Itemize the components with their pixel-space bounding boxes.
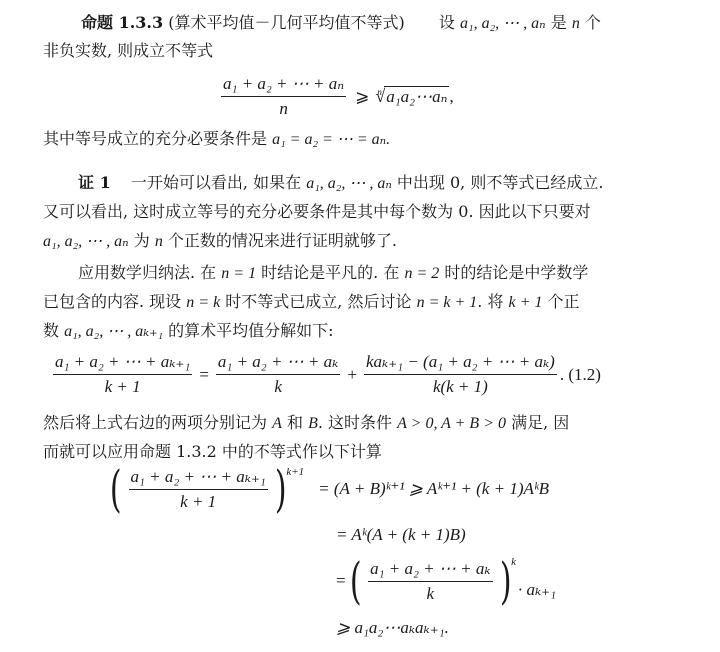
- eq12-term-b: kaₖ₊₁ − (a₁ + a₂ + ⋯ + aₖ) k(k + 1): [364, 352, 557, 397]
- calc-line-4: ⩾ a₁a₂⋯aₖaₖ₊₁.: [336, 618, 449, 638]
- calc-l2: = Aᵏ(A + (k + 1)B): [336, 525, 466, 545]
- eq12-term-a-numerator: a₁ + a₂ + ⋯ + aₖ: [216, 352, 340, 375]
- proof-line-1: 证 1 一开始可以看出, 如果在 a₁, a₂, ⋯ , aₙ 中出现 0, 则…: [78, 172, 603, 195]
- eq12-lhs-denominator: k + 1: [105, 375, 141, 397]
- calc-l1-fraction: a₁ + a₂ + ⋯ + aₖ₊₁ k + 1: [129, 467, 268, 512]
- amgm-fraction: a₁ + a₂ + ⋯ + aₙ n: [221, 74, 346, 119]
- calc-l1-denominator: k + 1: [180, 490, 216, 512]
- proof-math: n = k: [186, 294, 220, 311]
- trailing-comma: ,: [449, 87, 453, 107]
- induction-line-3: 数 a₁, a₂, ⋯ , aₖ₊₁ 的算术平均值分解如下:: [43, 320, 334, 343]
- left-paren: (: [110, 464, 122, 514]
- proof-text: 为: [134, 231, 150, 250]
- calc-l3-exponent: k: [511, 556, 516, 568]
- proof-text: . 将: [477, 292, 503, 311]
- proof-math: B: [308, 415, 318, 432]
- proposition-title: (算术平均值－几何平均值不等式): [168, 13, 405, 32]
- eq12-lhs: a₁ + a₂ + ⋯ + aₖ₊₁ k + 1: [53, 352, 192, 397]
- proof-text: 个正数的情况来进行证明就够了.: [168, 231, 397, 250]
- proof-seq: a₁, a₂, ⋯ , aₙ: [306, 175, 392, 192]
- proof-math: k + 1: [509, 294, 543, 311]
- equation-tag: . (1.2): [560, 365, 601, 385]
- eq12-term-a-denominator: k: [274, 375, 282, 397]
- statement-mid: 是: [551, 13, 567, 32]
- calc-l3-numerator: a₁ + a₂ + ⋯ + aₖ: [368, 559, 492, 582]
- equality-condition-math: a₁ = a₂ = ⋯ = aₙ.: [272, 131, 390, 148]
- eq12-term-b-denominator: k(k + 1): [433, 375, 488, 397]
- proof-text: 的算术平均值分解如下:: [168, 321, 333, 340]
- calc-l1-exponent: k+1: [286, 466, 304, 478]
- equality-condition-text: 其中等号成立的充分必要条件是: [43, 129, 267, 148]
- eq12-term-b-numerator: kaₖ₊₁ − (a₁ + a₂ + ⋯ + aₖ): [364, 352, 557, 375]
- eq12-term-a: a₁ + a₂ + ⋯ + aₖ k: [216, 352, 340, 397]
- statement-suffix: 个: [585, 13, 601, 32]
- amgm-inequality: a₁ + a₂ + ⋯ + aₙ n ⩾ n√a₁a₂⋯aₙ ,: [218, 74, 454, 119]
- proof-text: 然后将上式右边的两项分别记为: [43, 413, 267, 432]
- root-index: n: [377, 87, 382, 97]
- calc-l1-numerator: a₁ + a₂ + ⋯ + aₖ₊₁: [129, 467, 268, 490]
- induction-line-2: 已包含的内容. 现设 n = k 时不等式已成立, 然后讨论 n = k + 1…: [43, 291, 580, 314]
- eq12-lhs-numerator: a₁ + a₂ + ⋯ + aₖ₊₁: [53, 352, 192, 375]
- statement-seq: a₁, a₂, ⋯ , aₙ: [460, 15, 546, 32]
- calc-line-2: = Aᵏ(A + (k + 1)B): [336, 525, 466, 545]
- proof-seq: a₁, a₂, ⋯ , aₖ₊₁: [64, 323, 163, 340]
- proposition-label: 命题 1.3.3: [81, 13, 163, 32]
- proof-text: 中出现 0, 则不等式已经成立.: [397, 173, 604, 192]
- calc-line-1: ( a₁ + a₂ + ⋯ + aₖ₊₁ k + 1 ) k+1 = (A + …: [106, 464, 549, 514]
- equation-1-2: a₁ + a₂ + ⋯ + aₖ₊₁ k + 1 = a₁ + a₂ + ⋯ +…: [50, 352, 601, 397]
- proof-text: 一开始可以看出, 如果在: [131, 173, 301, 192]
- nth-root-icon: n√: [375, 86, 385, 107]
- left-paren: (: [349, 556, 361, 606]
- proof-math: n = 1: [221, 265, 256, 282]
- proof-line-3: a₁, a₂, ⋯ , aₙ 为 n 个正数的情况来进行证明就够了.: [43, 230, 397, 253]
- amgm-numerator: a₁ + a₂ + ⋯ + aₙ: [221, 74, 346, 97]
- calc-line-3: = ( a₁ + a₂ + ⋯ + aₖ k ) k · aₖ₊₁: [336, 556, 556, 606]
- proof-label: 证 1: [78, 173, 111, 192]
- proof-math: n: [155, 233, 163, 250]
- statement-prefix: 设: [439, 13, 455, 32]
- calc-l3-tail: · aₖ₊₁: [518, 580, 556, 600]
- geq-symbol: ⩾: [355, 87, 369, 107]
- proof-text: 满足, 因: [511, 413, 569, 432]
- proof-text: 时的结论是中学数学: [444, 263, 588, 282]
- plus-sign: +: [347, 365, 357, 385]
- calc-l3-denominator: k: [427, 582, 435, 604]
- proof-seq: a₁, a₂, ⋯ , aₙ: [43, 233, 129, 250]
- proof-text: 已包含的内容. 现设: [43, 292, 181, 311]
- proof-math: n = k + 1: [417, 294, 478, 311]
- proof-text: 应用数学归纳法. 在: [78, 263, 216, 282]
- equals-sign: =: [336, 571, 346, 591]
- calc-l4: ⩾ a₁a₂⋯aₖaₖ₊₁.: [336, 618, 449, 638]
- proposition-line-2: 非负实数, 则成立不等式: [43, 40, 213, 62]
- calc-l3-fraction: a₁ + a₂ + ⋯ + aₖ k: [368, 559, 492, 604]
- proof-math: A: [272, 415, 282, 432]
- proof-text: . 这时条件: [318, 413, 392, 432]
- proof-text: 时结论是平凡的. 在: [261, 263, 399, 282]
- proof-text: 数: [43, 321, 59, 340]
- induction-line-1: 应用数学归纳法. 在 n = 1 时结论是平凡的. 在 n = 2 时的结论是中…: [78, 262, 588, 285]
- proof-text: 时不等式已成立, 然后讨论: [225, 292, 411, 311]
- proposition-line-1: 命题 1.3.3 (算术平均值－几何平均值不等式) 设 a₁, a₂, ⋯ , …: [81, 12, 601, 35]
- proof-math: n = 2: [404, 265, 439, 282]
- proof-math: A > 0, A + B > 0: [397, 415, 506, 432]
- right-paren: ): [275, 464, 287, 514]
- proof-text: 个正: [548, 292, 580, 311]
- statement-n: n: [572, 15, 580, 32]
- ab-line-1: 然后将上式右边的两项分别记为 A 和 B. 这时条件 A > 0, A + B …: [43, 412, 569, 435]
- ab-line-2: 而就可以应用命题 1.3.2 中的不等式作以下计算: [43, 441, 382, 463]
- amgm-denominator: n: [279, 97, 288, 119]
- calc-l1-rhs: = (A + B)ᵏ⁺¹ ⩾ Aᵏ⁺¹ + (k + 1)AᵏB: [318, 479, 549, 499]
- radicand: a₁a₂⋯aₙ: [384, 86, 449, 107]
- equality-condition: 其中等号成立的充分必要条件是 a₁ = a₂ = ⋯ = aₙ.: [43, 128, 390, 151]
- right-paren: ): [499, 556, 511, 606]
- proof-text: 和: [287, 413, 303, 432]
- equals-sign: =: [199, 365, 209, 385]
- proof-line-2: 又可以看出, 这时成立等号的充分必要条件是其中每个数为 0. 因此以下只要对: [43, 201, 591, 223]
